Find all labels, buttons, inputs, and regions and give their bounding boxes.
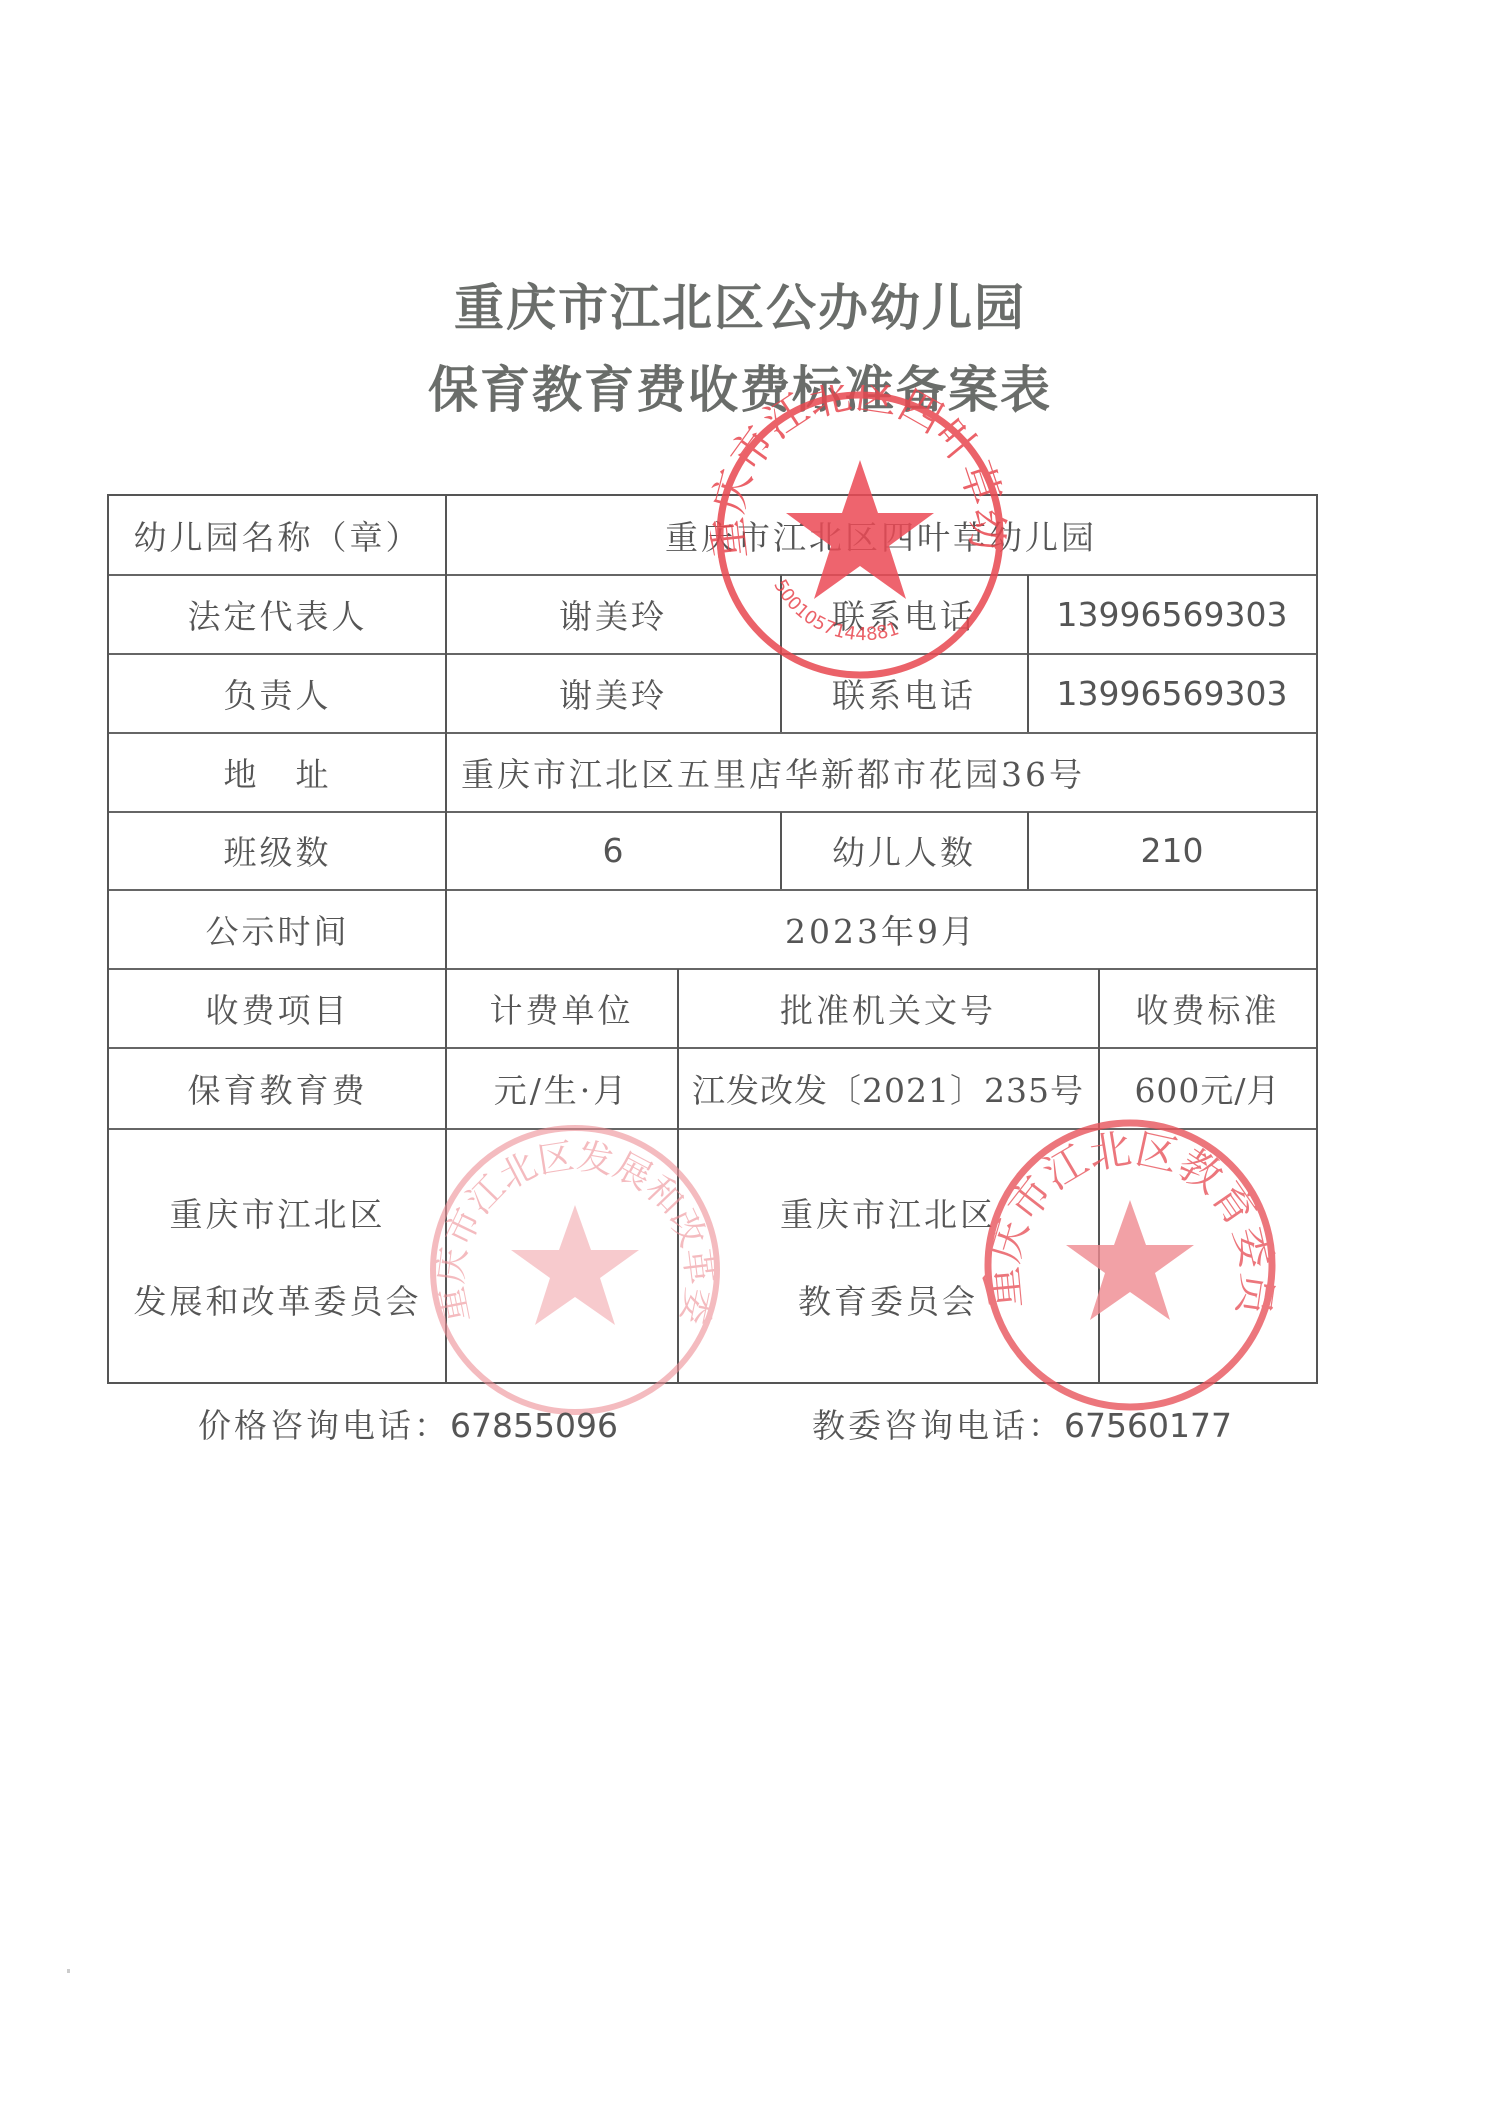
label-children-count: 幼儿人数 [781,812,1027,889]
label-person-in-charge-phone: 联系电话 [781,654,1027,732]
scan-speck [67,1969,70,1973]
fee-header-unit: 计费单位 [446,969,677,1047]
value-class-count: 6 [446,812,780,889]
signature-ndrc-line2: 发展和改革委员会 [134,1276,422,1323]
price-hotline-label: 价格咨询电话： [198,1406,450,1445]
fee-header-standard: 收费标准 [1099,969,1316,1047]
label-person-in-charge: 负责人 [109,654,446,732]
price-hotline: 价格咨询电话：67855096 [198,1400,618,1447]
signature-education-line1: 重庆市江北区 [780,1189,996,1236]
edu-hotline-number: 67560177 [1064,1406,1232,1445]
signature-education: 重庆市江北区 教育委员会 [678,1129,1098,1382]
fee-approval-doc: 江发改发〔2021〕235号 [678,1048,1098,1128]
label-legal-rep: 法定代表人 [109,575,446,653]
edu-hotline-label: 教委咨询电话： [812,1406,1064,1445]
value-address: 重庆市江北区五里店华新都市花园36号 [461,733,1316,811]
label-kindergarten-name: 幼儿园名称（章） [109,496,446,574]
filing-table: 幼儿园名称（章） 重庆市江北区四叶草幼儿园 法定代表人 谢美玲 联系电话 139… [107,494,1318,1384]
value-kindergarten-name: 重庆市江北区四叶草幼儿园 [446,496,1316,574]
signature-ndrc-line1: 重庆市江北区 [170,1189,386,1236]
label-publish-time: 公示时间 [109,890,446,968]
price-hotline-number: 67855096 [450,1406,618,1445]
fee-item: 保育教育费 [109,1048,446,1128]
value-legal-rep-phone: 13996569303 [1028,575,1316,653]
document-title-line2: 保育教育费收费标准备案表 [20,350,1460,422]
document-title-line1: 重庆市江北区公办幼儿园 [20,268,1460,340]
fee-header-item: 收费项目 [109,969,446,1047]
edu-hotline: 教委咨询电话：67560177 [812,1400,1232,1447]
label-legal-rep-phone: 联系电话 [781,575,1027,653]
value-person-in-charge: 谢美玲 [446,654,780,732]
signature-ndrc: 重庆市江北区 发展和改革委员会 [109,1129,446,1382]
value-publish-time: 2023年9月 [446,890,1316,968]
label-address: 地 址 [109,733,446,811]
label-class-count: 班级数 [109,812,446,889]
value-person-in-charge-phone: 13996569303 [1028,654,1316,732]
signature-education-line2: 教育委员会 [798,1276,978,1323]
value-legal-rep: 谢美玲 [446,575,780,653]
fee-standard: 600元/月 [1099,1048,1316,1128]
fee-unit: 元/生·月 [446,1048,677,1128]
fee-header-approval-doc: 批准机关文号 [678,969,1098,1047]
value-children-count: 210 [1028,812,1316,889]
